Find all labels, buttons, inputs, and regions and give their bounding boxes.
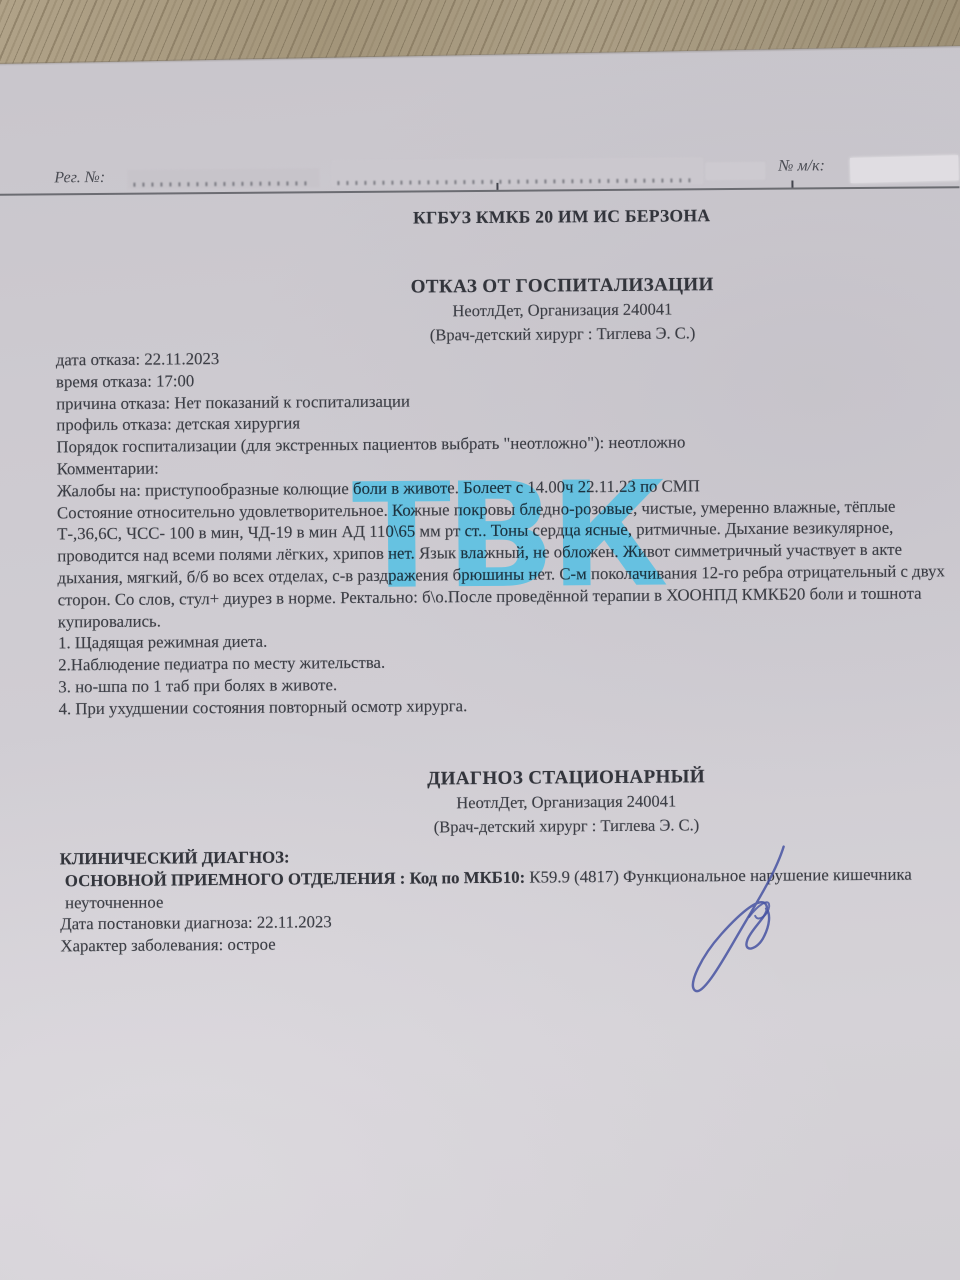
main-diagnosis-label: ОСНОВНОЙ ПРИЕМНОГО ОТДЕЛЕНИЯ : Код по МК… [65, 867, 525, 890]
reg-number-label: Рег. №: [54, 169, 105, 187]
refusal-title: ОТКАЗ ОТ ГОСПИТАЛИЗАЦИИ [168, 272, 956, 300]
document-photo: Рег. №: № м/к: КГБУЗ КМКБ 20 ИМ ИС БЕРЗО… [0, 0, 960, 1280]
redaction-marks [133, 181, 313, 186]
diagnosis-header: ДИАГНОЗ СТАЦИОНАРНЫЙ НеотлДет, Организац… [172, 764, 960, 839]
redacted-medcard-number [850, 155, 959, 183]
diagnosis-org-line: НеотлДет, Организация 240041 [172, 789, 960, 815]
signature [663, 842, 834, 1018]
redacted-reg-number [127, 168, 319, 189]
redacted-text [705, 162, 765, 180]
hospital-name: КГБУЗ КМКБ 20 ИМ ИС БЕРЗОНА [168, 203, 956, 230]
status-paragraph: Состояние относительно удовлетворительно… [57, 495, 958, 633]
redacted-patient-name [331, 157, 703, 187]
diagnosis-doctor-line: (Врач-детский хирург : Тиглева Э. С.) [172, 813, 960, 839]
redaction-marks [496, 183, 498, 190]
printed-content: Рег. №: № м/к: КГБУЗ КМКБ 20 ИМ ИС БЕРЗО… [0, 0, 960, 1280]
redaction-marks [337, 178, 697, 185]
redaction-marks [791, 181, 793, 188]
refusal-body: дата отказа: 22.11.2023 время отказа: 17… [56, 342, 959, 720]
refusal-header: ОТКАЗ ОТ ГОСПИТАЛИЗАЦИИ НеотлДет, Органи… [168, 272, 957, 347]
diagnosis-title: ДИАГНОЗ СТАЦИОНАРНЫЙ [172, 764, 960, 792]
refusal-org-line: НеотлДет, Организация 240041 [168, 297, 956, 323]
medcard-number-label: № м/к: [778, 157, 825, 175]
